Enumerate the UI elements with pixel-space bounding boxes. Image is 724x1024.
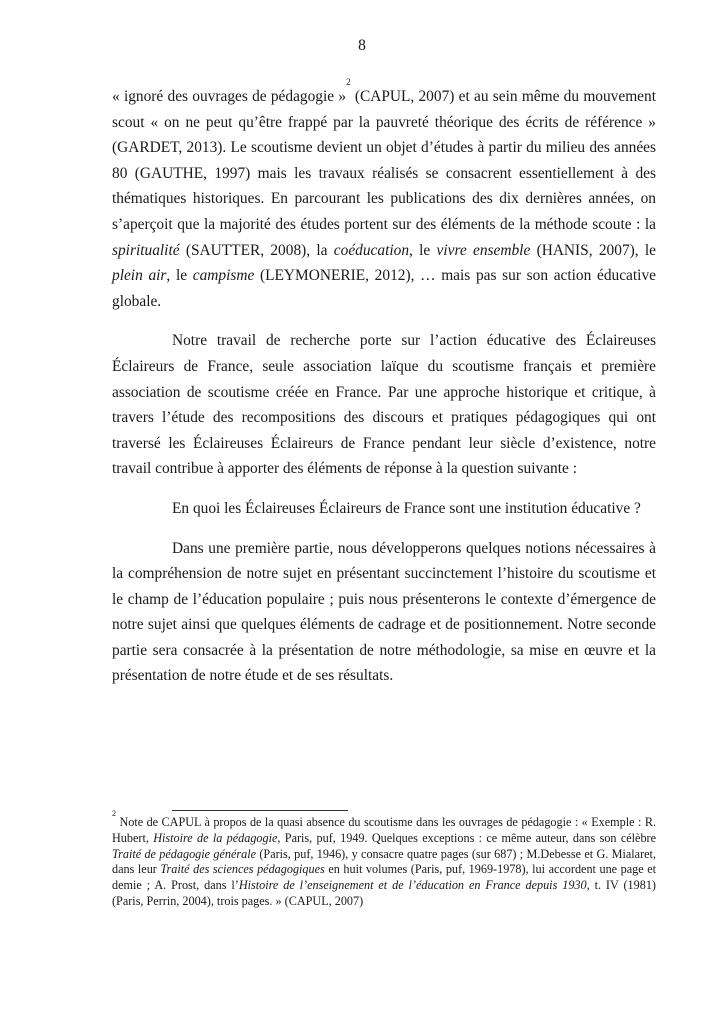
footnote-2: 2 Note de CAPUL à propos de la quasi abs…	[112, 815, 656, 910]
italic-term: spiritualité	[112, 242, 180, 259]
text-run: (HANIS, 2007), le	[530, 242, 656, 259]
italic-term: Histoire de l’enseignement et de l’éduca…	[239, 878, 587, 892]
text-run: , le	[166, 267, 192, 284]
research-question: En quoi les Éclaireuses Éclaireurs de Fr…	[112, 496, 656, 522]
paragraph-1: « ignoré des ouvrages de pédagogie »2 (C…	[112, 84, 656, 314]
text-run: (CAPUL, 2007) et au sein même du mouveme…	[112, 88, 656, 233]
italic-term: Traité des sciences pédagogiques	[160, 862, 324, 876]
footnote-marker: 2	[112, 809, 116, 818]
italic-term: vivre ensemble	[437, 242, 531, 259]
paragraph-3: Dans une première partie, nous développe…	[112, 536, 656, 690]
italic-term: plein air	[112, 267, 166, 284]
paragraph-2: Notre travail de recherche porte sur l’a…	[112, 328, 656, 482]
italic-term: coéducation	[334, 242, 409, 259]
text-run: En quoi les Éclaireuses Éclaireurs de Fr…	[172, 500, 641, 517]
text-run: Notre travail de recherche porte sur l’a…	[112, 332, 656, 477]
italic-term: campisme	[193, 267, 255, 284]
text-run: , le	[409, 242, 437, 259]
italic-term: Histoire de la pédagogie	[153, 831, 277, 845]
text-run: (SAUTTER, 2008), la	[180, 242, 334, 259]
italic-term: Traité de pédagogie générale	[112, 847, 256, 861]
page-number: 8	[0, 36, 724, 56]
footnote-reference: 2	[346, 77, 351, 87]
text-run: « ignoré des ouvrages de pédagogie »	[112, 88, 346, 105]
footnote-separator	[172, 810, 348, 811]
footnote-text: Note de CAPUL à propos de la quasi absen…	[112, 815, 656, 908]
text-run: , Paris, puf, 1949. Quelques exceptions …	[277, 831, 656, 845]
text-run: Dans une première partie, nous développe…	[112, 540, 656, 685]
body-text: « ignoré des ouvrages de pédagogie »2 (C…	[112, 84, 656, 689]
